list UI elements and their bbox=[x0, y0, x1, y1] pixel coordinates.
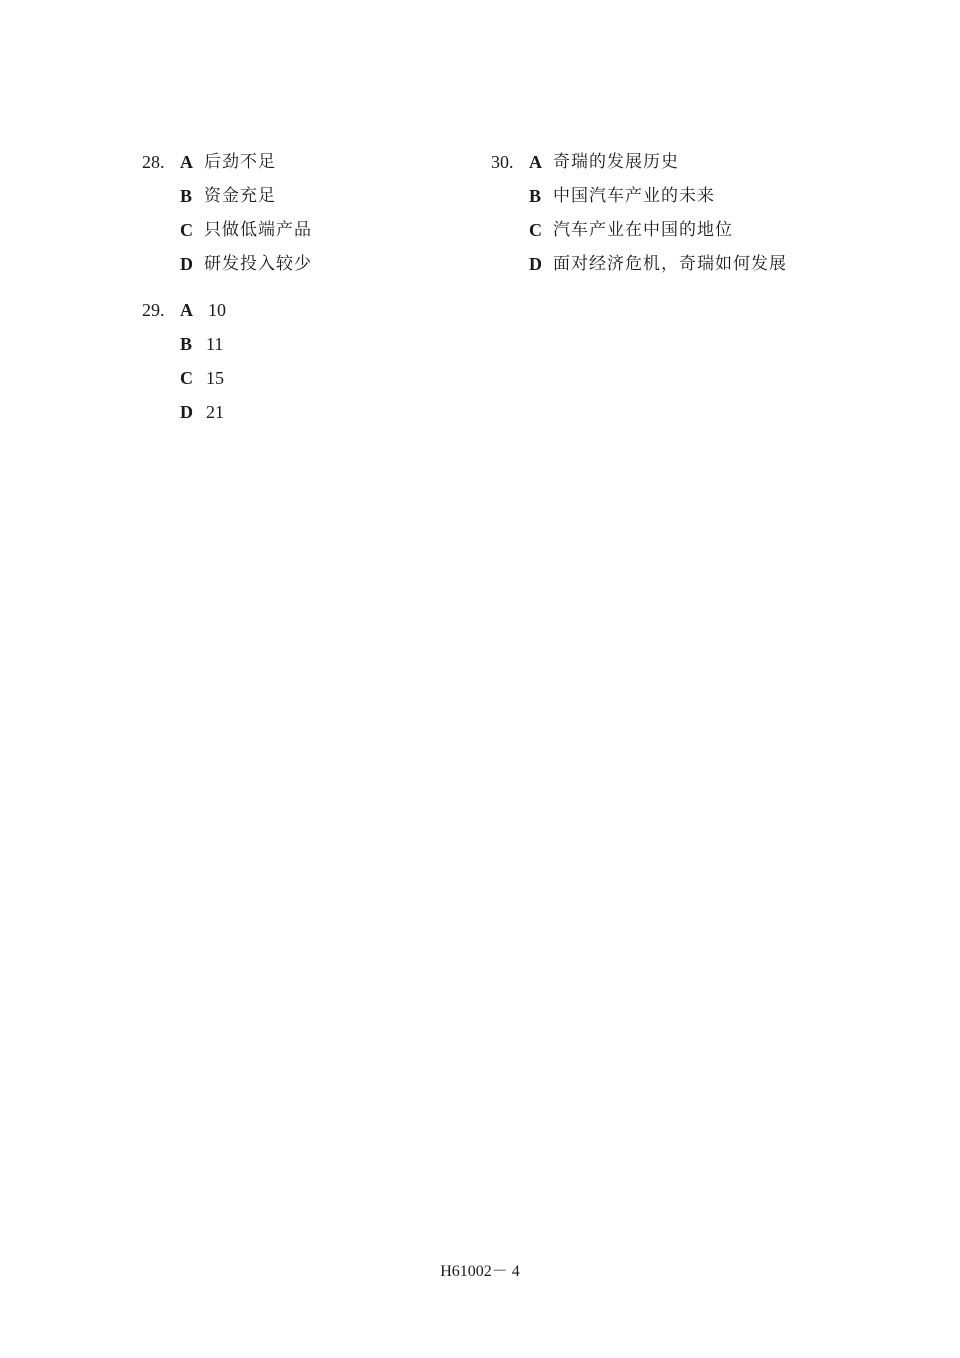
option-text: 汽车产业在中国的地位 bbox=[553, 218, 733, 242]
option-text: 10 bbox=[208, 298, 226, 322]
option-letter: C bbox=[529, 218, 542, 242]
question-number: 28. bbox=[142, 150, 165, 174]
option-letter: C bbox=[180, 366, 193, 390]
option-letter: B bbox=[180, 332, 192, 356]
option-letter: B bbox=[529, 184, 541, 208]
option-text: 研发投入较少 bbox=[204, 252, 312, 276]
option-letter: A bbox=[180, 150, 193, 174]
option-letter: D bbox=[180, 400, 193, 424]
question-number: 30. bbox=[491, 150, 514, 174]
option-text: 21 bbox=[206, 400, 224, 424]
option-text: 只做低端产品 bbox=[204, 218, 312, 242]
option-text: 11 bbox=[206, 332, 223, 356]
option-text: 资金充足 bbox=[204, 184, 276, 208]
option-letter: A bbox=[529, 150, 542, 174]
option-letter: C bbox=[180, 218, 193, 242]
question-number: 29. bbox=[142, 298, 165, 322]
option-letter: D bbox=[180, 252, 193, 276]
option-text: 15 bbox=[206, 366, 224, 390]
option-text: 后劲不足 bbox=[204, 150, 276, 174]
option-letter: B bbox=[180, 184, 192, 208]
option-letter: A bbox=[180, 298, 193, 322]
page-footer: H61002－ 4 bbox=[0, 1258, 960, 1281]
option-letter: D bbox=[529, 252, 542, 276]
option-text: 奇瑞的发展历史 bbox=[553, 150, 679, 174]
option-text: 中国汽车产业的未来 bbox=[553, 184, 715, 208]
option-text: 面对经济危机，奇瑞如何发展 bbox=[553, 252, 787, 276]
